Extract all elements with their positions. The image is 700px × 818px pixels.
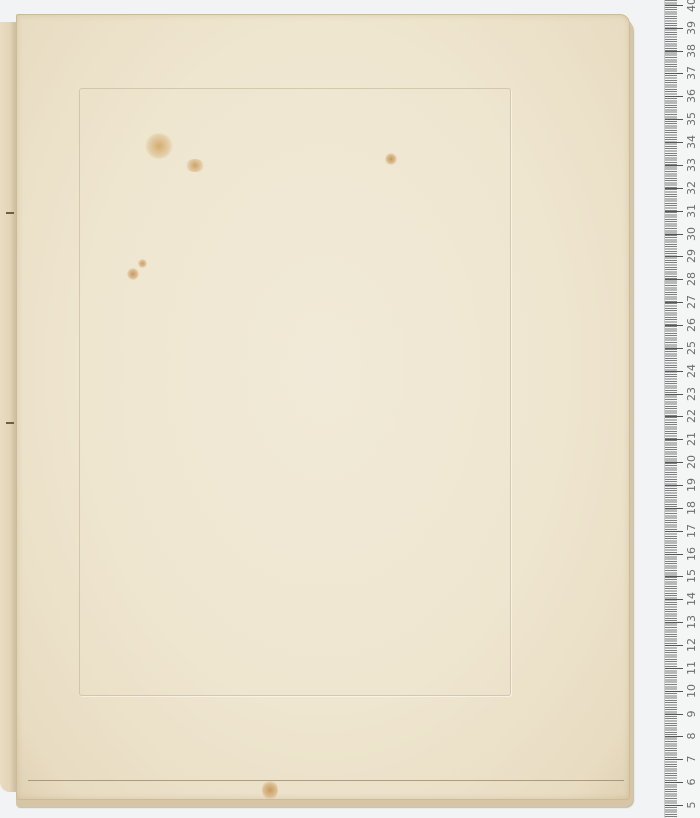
ruler-ticks [665,0,677,818]
ruler-label: 40 [685,0,699,16]
ruler-major-tick [665,508,683,509]
ruler-label: 29 [685,245,699,267]
binding-stitch [6,212,14,214]
ruler-label: 24 [685,360,699,382]
foxing-stain [127,268,139,280]
foxing-stain [262,780,278,800]
ruler-major-tick [665,691,683,692]
ruler-major-tick [665,119,683,120]
ruler-label: 38 [685,40,699,62]
measuring-ruler: 5678910111213141516171819202122232425262… [664,0,700,818]
ruler-major-tick [665,805,683,806]
ruler-major-tick [665,759,683,760]
ruler-major-tick [665,622,683,623]
ruler-label: 8 [685,725,699,747]
ruler-major-tick [665,439,683,440]
ruler-label: 22 [685,405,699,427]
foxing-stain [385,153,397,165]
ruler-major-tick [665,348,683,349]
ruler-label: 36 [685,85,699,107]
ruler-label: 15 [685,565,699,587]
ruler-label: 16 [685,543,699,565]
ruler-label: 17 [685,520,699,542]
ruler-label: 37 [685,62,699,84]
ruler-major-tick [665,165,683,166]
ruler-major-tick [665,211,683,212]
foxing-stain [138,259,147,268]
ruler-major-tick [665,531,683,532]
ruler-major-tick [665,416,683,417]
ruler-label: 32 [685,177,699,199]
plate-mark-border [79,88,511,696]
ruler-major-tick [665,5,683,6]
adjacent-page-edge [0,22,17,792]
scan-area [0,0,700,818]
ruler-label: 35 [685,108,699,130]
ruler-label: 25 [685,337,699,359]
ruler-label: 20 [685,451,699,473]
ruler-major-tick [665,714,683,715]
ruler-label: 28 [685,268,699,290]
ruler-major-tick [665,371,683,372]
ruler-label: 33 [685,154,699,176]
foxing-stain [185,159,205,172]
binding-stitch [6,422,14,424]
ruler-major-tick [665,599,683,600]
ruler-label: 5 [685,794,699,816]
ruler-label: 23 [685,383,699,405]
ruler-major-tick [665,142,683,143]
ruler-major-tick [665,576,683,577]
page-bottom-fold [28,780,624,781]
ruler-label: 27 [685,291,699,313]
ruler-major-tick [665,645,683,646]
ruler-major-tick [665,302,683,303]
ruler-major-tick [665,28,683,29]
ruler-label: 26 [685,314,699,336]
ruler-major-tick [665,96,683,97]
ruler-major-tick [665,325,683,326]
ruler-major-tick [665,554,683,555]
ruler-major-tick [665,73,683,74]
ruler-label: 11 [685,657,699,679]
ruler-label: 31 [685,200,699,222]
ruler-label: 13 [685,611,699,633]
ruler-major-tick [665,462,683,463]
book-page [16,14,630,800]
ruler-label: 19 [685,474,699,496]
ruler-label: 18 [685,497,699,519]
ruler-major-tick [665,736,683,737]
ruler-label: 14 [685,588,699,610]
ruler-major-tick [665,188,683,189]
ruler-major-tick [665,51,683,52]
ruler-major-tick [665,782,683,783]
ruler-label: 9 [685,703,699,725]
ruler-major-tick [665,668,683,669]
ruler-major-tick [665,279,683,280]
ruler-label: 30 [685,223,699,245]
ruler-label: 6 [685,771,699,793]
ruler-major-tick [665,485,683,486]
ruler-label: 21 [685,428,699,450]
ruler-major-tick [665,234,683,235]
ruler-label: 34 [685,131,699,153]
ruler-label: 7 [685,748,699,770]
ruler-label: 39 [685,17,699,39]
ruler-label: 12 [685,634,699,656]
ruler-major-tick [665,256,683,257]
ruler-label: 10 [685,680,699,702]
foxing-stain [145,133,173,159]
ruler-major-tick [665,394,683,395]
